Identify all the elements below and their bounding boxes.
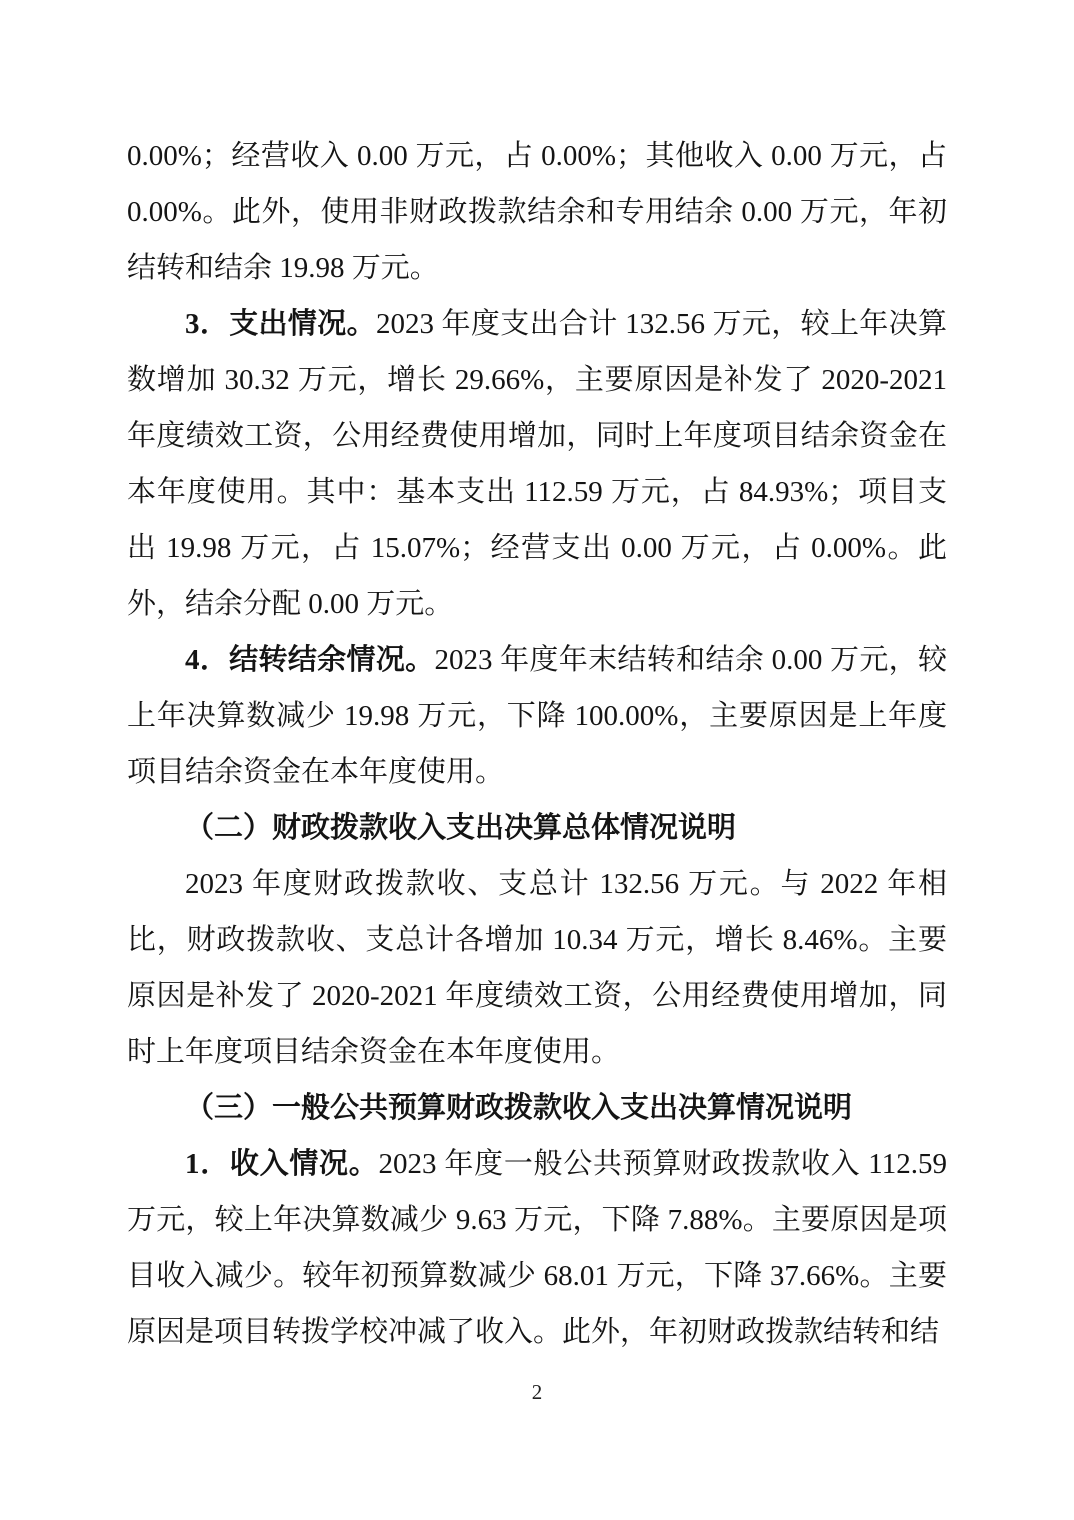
paragraph: 2023 年度财政拨款收、支总计 132.56 万元。与 2022 年相比，财政… <box>127 856 947 1080</box>
paragraph: 4．结转结余情况。2023 年度年末结转和结余 0.00 万元，较上年决算数减少… <box>127 632 947 800</box>
paragraph-text: 2023 年度支出合计 132.56 万元，较上年决算数增加 30.32 万元，… <box>127 308 947 620</box>
paragraph: 3．支出情况。2023 年度支出合计 132.56 万元，较上年决算数增加 30… <box>127 296 947 632</box>
paragraph-text: （三）一般公共预算财政拨款收入支出决算情况说明 <box>185 1092 852 1124</box>
document-body: 0.00%；经营收入 0.00 万元，占 0.00%；其他收入 0.00 万元，… <box>127 128 947 1360</box>
paragraph-text: 2023 年度财政拨款收、支总计 132.56 万元。与 2022 年相比，财政… <box>127 868 947 1068</box>
paragraph-text: 0.00%；经营收入 0.00 万元，占 0.00%；其他收入 0.00 万元，… <box>127 140 947 284</box>
page-number: 2 <box>0 1378 1074 1406</box>
section-heading: （三）一般公共预算财政拨款收入支出决算情况说明 <box>127 1080 947 1136</box>
paragraph-lead: 1．收入情况。 <box>185 1148 378 1180</box>
paragraph: 1．收入情况。2023 年度一般公共预算财政拨款收入 112.59 万元，较上年… <box>127 1136 947 1360</box>
document-page: 0.00%；经营收入 0.00 万元，占 0.00%；其他收入 0.00 万元，… <box>0 0 1074 1520</box>
section-heading: （二）财政拨款收入支出决算总体情况说明 <box>127 800 947 856</box>
paragraph-lead: 4．结转结余情况。 <box>185 644 435 676</box>
paragraph-text: （二）财政拨款收入支出决算总体情况说明 <box>185 812 736 844</box>
paragraph-lead: 3．支出情况。 <box>185 308 376 340</box>
paragraph: 0.00%；经营收入 0.00 万元，占 0.00%；其他收入 0.00 万元，… <box>127 128 947 296</box>
